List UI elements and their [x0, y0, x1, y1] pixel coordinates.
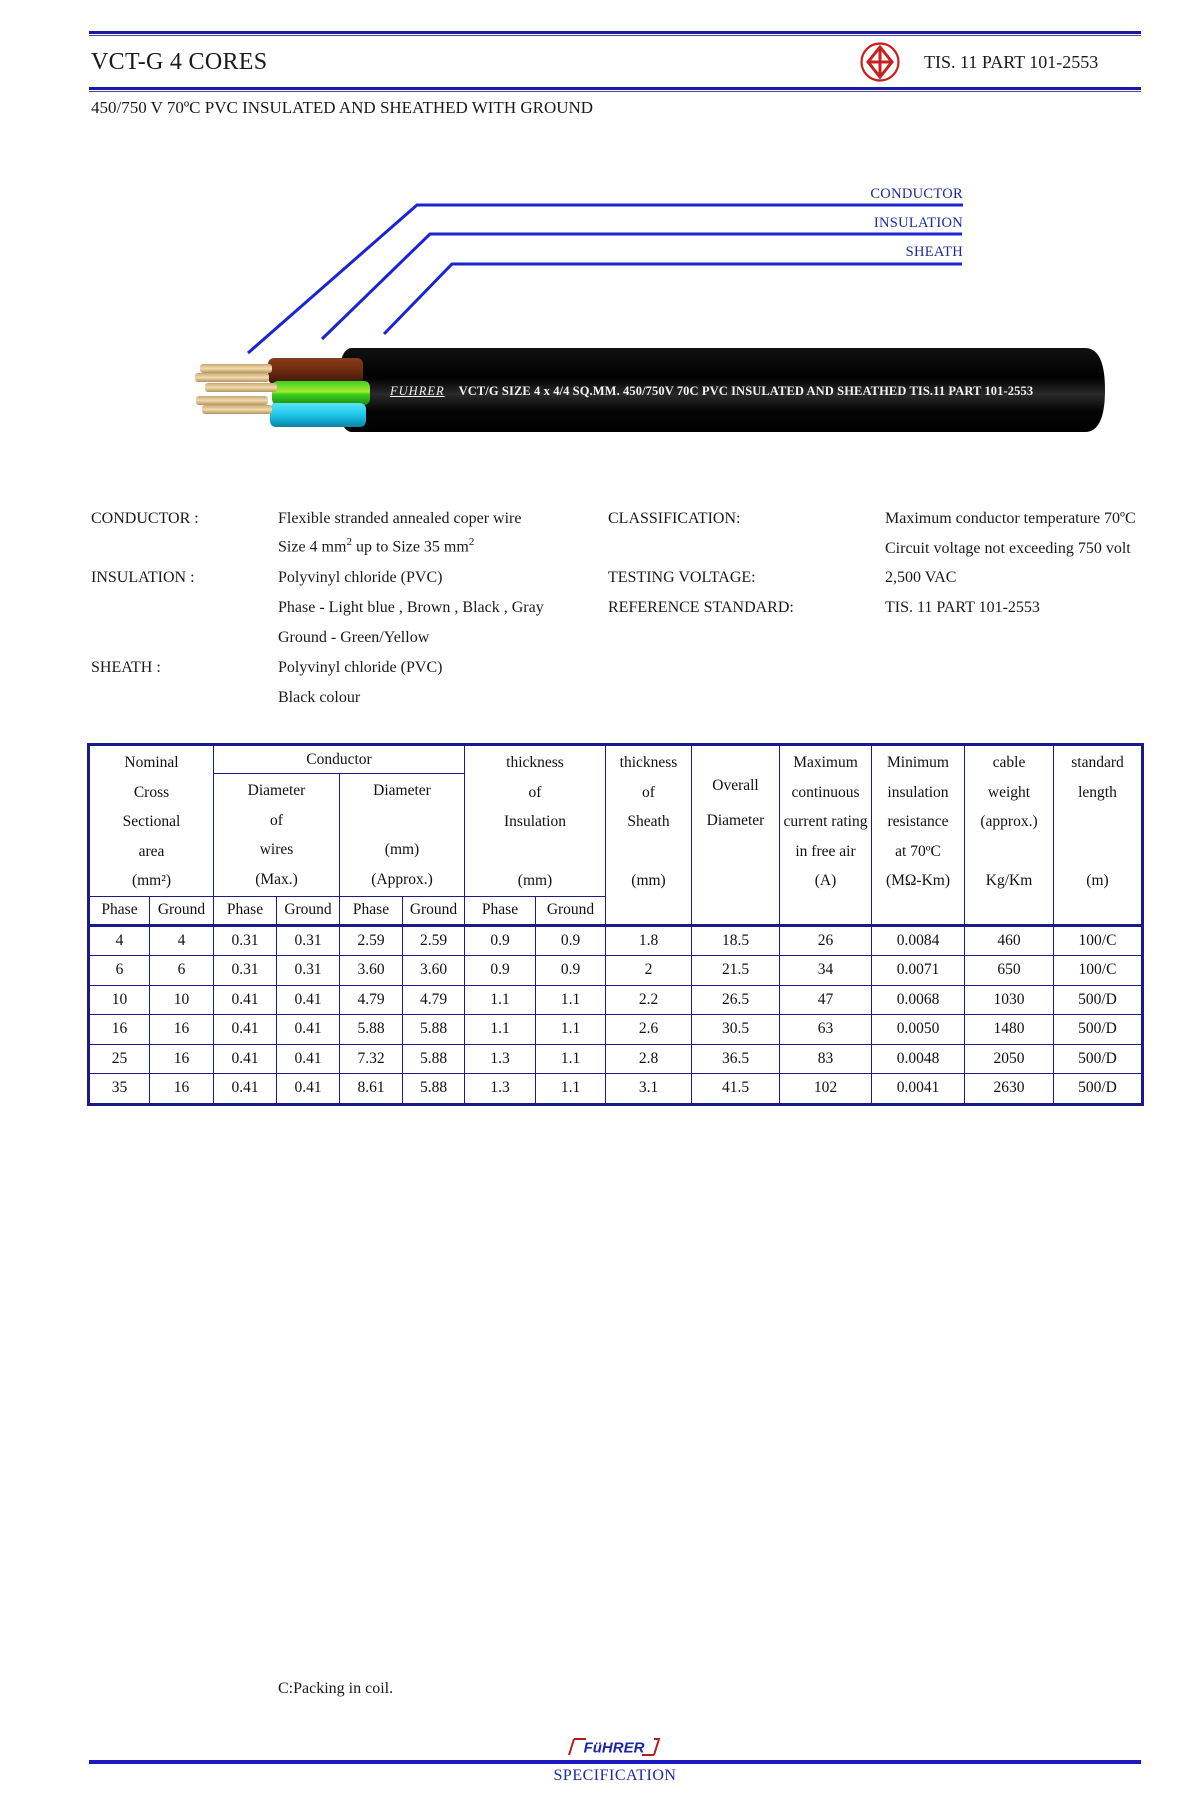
col-header-overall-diameter: OverallDiameter	[692, 745, 780, 926]
table-cell: 83	[780, 1044, 872, 1074]
table-cell: 0.41	[277, 985, 340, 1015]
table-row: 10100.410.414.794.791.11.12.226.5470.006…	[89, 985, 1143, 1015]
table-cell: 30.5	[692, 1015, 780, 1045]
callout-sheath: SHEATH	[906, 244, 963, 261]
header-line	[1054, 807, 1141, 837]
table-cell: 47	[780, 985, 872, 1015]
header-line: resistance	[872, 807, 964, 837]
header-line: wires	[214, 835, 339, 865]
spec-value: Phase - Light blue , Brown , Black , Gra…	[278, 599, 544, 617]
table-cell: 18.5	[692, 925, 780, 956]
spec-label-testing-voltage: TESTING VOLTAGE:	[608, 569, 756, 587]
table-cell: 5.88	[403, 1044, 465, 1074]
col-header-insulation-resistance: Minimuminsulationresistanceat 70ºC(MΩ-Km…	[872, 745, 965, 926]
col-header-insulation: thicknessofInsulation (mm)	[465, 745, 606, 897]
cable-print-text: VCT/G SIZE 4 x 4/4 SQ.MM. 450/750V 70C P…	[459, 384, 1034, 398]
header-line: in free air	[780, 837, 871, 867]
table-cell: 0.31	[214, 925, 277, 956]
table-cell: 6	[150, 956, 214, 986]
spec-label-insulation: INSULATION :	[91, 569, 195, 587]
table-cell: 0.0071	[872, 956, 965, 986]
table-cell: 0.0050	[872, 1015, 965, 1045]
col-header-approx-diameter: Diameter (mm)(Approx.)	[340, 774, 465, 897]
sub-header: Phase	[214, 896, 277, 925]
header-line: Insulation	[465, 807, 605, 837]
header-line: Diameter	[692, 803, 779, 838]
header-line: of	[214, 806, 339, 836]
spec-value: Circuit voltage not exceeding 750 volt	[885, 540, 1131, 558]
spec-value: Flexible stranded annealed coper wire	[278, 510, 521, 528]
specification-table: NominalCrossSectionalarea(mm²) Conductor…	[87, 743, 1144, 1106]
spec-value: Maximum conductor temperature 70ºC	[885, 510, 1136, 528]
spec-value: Polyvinyl chloride (PVC)	[278, 659, 442, 677]
col-header-conductor: Conductor	[214, 745, 465, 774]
table-cell: 1.1	[536, 985, 606, 1015]
table-cell: 2.2	[606, 985, 692, 1015]
spec-value: TIS. 11 PART 101-2553	[885, 599, 1040, 617]
header-line: insulation	[872, 778, 964, 808]
table-cell: 2.8	[606, 1044, 692, 1074]
table-cell: 3.60	[403, 956, 465, 986]
header-line: (A)	[780, 866, 871, 896]
table-cell: 1.1	[536, 1074, 606, 1105]
table-cell: 1030	[965, 985, 1054, 1015]
table-cell: 36.5	[692, 1044, 780, 1074]
spec-value: Polyvinyl chloride (PVC)	[278, 569, 442, 587]
callout-insulation: INSULATION	[874, 215, 963, 232]
spec-label-sheath: SHEATH :	[91, 659, 161, 677]
copper-strands	[195, 364, 277, 414]
table-cell: 26	[780, 925, 872, 956]
table-cell: 500/D	[1054, 985, 1143, 1015]
table-cell: 0.41	[214, 1015, 277, 1045]
header-line: (m)	[1054, 866, 1141, 896]
table-cell: 8.61	[340, 1074, 403, 1105]
header-line: Nominal	[90, 748, 213, 778]
table-cell: 2630	[965, 1074, 1054, 1105]
header-row-1: NominalCrossSectionalarea(mm²) Conductor…	[89, 745, 1143, 774]
table-cell: 0.31	[277, 925, 340, 956]
table-cell: 0.0041	[872, 1074, 965, 1105]
spec-label-reference-standard: REFERENCE STANDARD:	[608, 599, 794, 617]
table-cell: 4	[150, 925, 214, 956]
table-cell: 7.32	[340, 1044, 403, 1074]
table-cell: 5.88	[340, 1015, 403, 1045]
table-cell: 10	[150, 985, 214, 1015]
sub-header: Ground	[277, 896, 340, 925]
table-cell: 16	[150, 1015, 214, 1045]
table-cell: 1.8	[606, 925, 692, 956]
col-header-sheath: thicknessofSheath (mm)	[606, 745, 692, 926]
cable-print: FUHRERVCT/G SIZE 4 x 4/4 SQ.MM. 450/750V…	[390, 384, 1033, 399]
header-line: standard	[1054, 748, 1141, 778]
table-cell: 0.41	[277, 1044, 340, 1074]
table-cell: 6	[89, 956, 150, 986]
spec-value: Ground - Green/Yellow	[278, 629, 429, 647]
table-cell: 0.41	[214, 1044, 277, 1074]
table-cell: 1.1	[536, 1015, 606, 1045]
table-cell: 0.9	[536, 925, 606, 956]
header-line: (mm²)	[90, 866, 213, 896]
header-line: Sheath	[606, 807, 691, 837]
header-line	[1054, 837, 1141, 867]
table-cell: 500/D	[1054, 1074, 1143, 1105]
header-line: length	[1054, 778, 1141, 808]
header-line: of	[465, 778, 605, 808]
table-cell: 41.5	[692, 1074, 780, 1105]
table-cell: 5.88	[403, 1074, 465, 1105]
spec-label-classification: CLASSIFICATION:	[608, 510, 740, 528]
table-cell: 100/C	[1054, 956, 1143, 986]
table-cell: 16	[89, 1015, 150, 1045]
header-line	[965, 837, 1053, 867]
header-line: Cross	[90, 778, 213, 808]
sub-header: Phase	[340, 896, 403, 925]
table-cell: 500/D	[1054, 1015, 1143, 1045]
header-line: area	[90, 837, 213, 867]
table-cell: 100/C	[1054, 925, 1143, 956]
spec-label-conductor: CONDUCTOR :	[91, 510, 199, 528]
header-line: Minimum	[872, 748, 964, 778]
table-cell: 35	[89, 1074, 150, 1105]
header-line: of	[606, 778, 691, 808]
table-cell: 1.1	[536, 1044, 606, 1074]
table-cell: 21.5	[692, 956, 780, 986]
table-cell: 0.41	[214, 985, 277, 1015]
header-line: Diameter	[214, 776, 339, 806]
table-row: 35160.410.418.615.881.31.13.141.51020.00…	[89, 1074, 1143, 1105]
table-row: 25160.410.417.325.881.31.12.836.5830.004…	[89, 1044, 1143, 1074]
sub-header: Ground	[403, 896, 465, 925]
table-cell: 16	[150, 1074, 214, 1105]
header-line: (mm)	[340, 835, 464, 865]
header-line: current rating	[780, 807, 871, 837]
header-line: thickness	[465, 748, 605, 778]
sub-header: Ground	[150, 896, 214, 925]
table-cell: 0.0048	[872, 1044, 965, 1074]
table-cell: 460	[965, 925, 1054, 956]
table-cell: 0.41	[214, 1074, 277, 1105]
col-header-nominal: NominalCrossSectionalarea(mm²)	[89, 745, 214, 897]
table-cell: 500/D	[1054, 1044, 1143, 1074]
header-line: thickness	[606, 748, 691, 778]
table-cell: 1.3	[465, 1044, 536, 1074]
header-line: (MΩ-Km)	[872, 866, 964, 896]
header-line: Maximum	[780, 748, 871, 778]
table-cell: 1.1	[465, 985, 536, 1015]
col-header-current-rating: Maximumcontinuouscurrent ratingin free a…	[780, 745, 872, 926]
table-cell: 10	[89, 985, 150, 1015]
table-cell: 2050	[965, 1044, 1054, 1074]
cable-print-brand: FUHRER	[390, 384, 445, 398]
header-line	[606, 837, 691, 867]
header-line: Kg/Km	[965, 866, 1053, 896]
sub-header: Phase	[89, 896, 150, 925]
table-cell: 3.1	[606, 1074, 692, 1105]
table-cell: 4.79	[403, 985, 465, 1015]
table-cell: 0.9	[465, 956, 536, 986]
table-cell: 0.0068	[872, 985, 965, 1015]
table-cell: 1480	[965, 1015, 1054, 1045]
header-line: Diameter	[340, 776, 464, 806]
header-line: Sectional	[90, 807, 213, 837]
header-line: continuous	[780, 778, 871, 808]
header-line: cable	[965, 748, 1053, 778]
table-cell: 2.59	[340, 925, 403, 956]
table-cell: 650	[965, 956, 1054, 986]
table-cell: 0.31	[214, 956, 277, 986]
table-cell: 0.9	[536, 956, 606, 986]
table-row: 440.310.312.592.590.90.91.818.5260.00844…	[89, 925, 1143, 956]
sub-header: Ground	[536, 896, 606, 925]
table-cell: 63	[780, 1015, 872, 1045]
table-cell: 1.3	[465, 1074, 536, 1105]
table-cell: 34	[780, 956, 872, 986]
footer-text: SPECIFICATION	[0, 1767, 1200, 1785]
col-header-wire-diameter: Diameterofwires(Max.)	[214, 774, 340, 897]
table-cell: 4	[89, 925, 150, 956]
table-body: 440.310.312.592.590.90.91.818.5260.00844…	[89, 925, 1143, 1104]
table-cell: 0.31	[277, 956, 340, 986]
table-cell: 1.1	[465, 1015, 536, 1045]
table-cell: 102	[780, 1074, 872, 1105]
header-line: (mm)	[465, 866, 605, 896]
header-line: (mm)	[606, 866, 691, 896]
table-row: 16160.410.415.885.881.11.12.630.5630.005…	[89, 1015, 1143, 1045]
header-line: at 70ºC	[872, 837, 964, 867]
fuhrer-logo: FüHRER	[564, 1736, 664, 1758]
table-cell: 2.6	[606, 1015, 692, 1045]
table-cell: 3.60	[340, 956, 403, 986]
spec-value: 2,500 VAC	[885, 569, 956, 587]
header-line: Overall	[692, 768, 779, 803]
table-row: 660.310.313.603.600.90.9221.5340.0071650…	[89, 956, 1143, 986]
table-cell: 26.5	[692, 985, 780, 1015]
header-line: (approx.)	[965, 807, 1053, 837]
header-line: (Max.)	[214, 865, 339, 895]
callout-lines	[248, 205, 963, 353]
packing-note: C:Packing in coil.	[278, 1680, 393, 1698]
spec-value: Black colour	[278, 689, 360, 707]
table-cell: 5.88	[403, 1015, 465, 1045]
callout-conductor: CONDUCTOR	[870, 186, 963, 203]
table-cell: 16	[150, 1044, 214, 1074]
header-line	[340, 806, 464, 836]
footer-rule	[89, 1760, 1141, 1764]
table-cell: 25	[89, 1044, 150, 1074]
table-cell: 0.41	[277, 1015, 340, 1045]
table-cell: 2	[606, 956, 692, 986]
table-cell: 4.79	[340, 985, 403, 1015]
header-line: weight	[965, 778, 1053, 808]
table-cell: 2.59	[403, 925, 465, 956]
table-cell: 0.0084	[872, 925, 965, 956]
table-cell: 0.41	[277, 1074, 340, 1105]
header-line: (Approx.)	[340, 865, 464, 895]
col-header-weight: cableweight(approx.) Kg/Km	[965, 745, 1054, 926]
header-line	[465, 837, 605, 867]
fuhrer-logo-text: FüHRER	[584, 1740, 645, 1757]
col-header-length: standardlength (m)	[1054, 745, 1143, 926]
table-cell: 0.9	[465, 925, 536, 956]
sub-header: Phase	[465, 896, 536, 925]
spec-value: Size 4 mm2 up to Size 35 mm2	[278, 536, 474, 556]
